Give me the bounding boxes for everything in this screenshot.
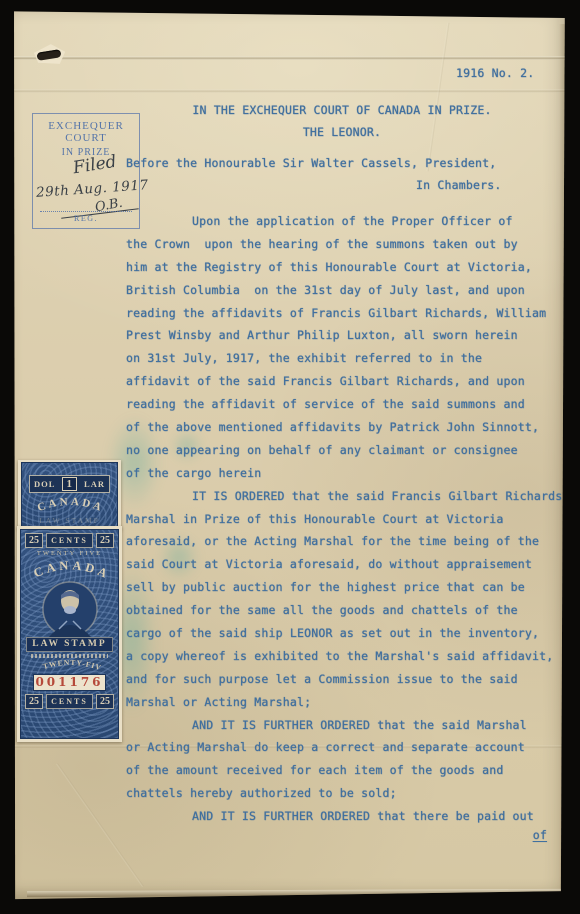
court-title: IN THE EXCHEQUER COURT OF CANADA IN PRIZ… bbox=[119, 100, 565, 120]
typed-line: Prest Winsby and Arthur Philip Luxton, a… bbox=[126, 324, 570, 347]
canada-arc: CANADA bbox=[27, 493, 113, 515]
typed-line: obtained for the same all the goods and … bbox=[126, 599, 570, 622]
typed-line: AND IT IS FURTHER ORDERED that there be … bbox=[126, 805, 570, 828]
typed-line: cargo of the said ship LEONOR as set out… bbox=[126, 622, 570, 645]
typed-line: British Columbia on the 31st day of July… bbox=[126, 279, 570, 302]
stamp-serial-number: 001176 bbox=[33, 674, 106, 691]
typed-line: Marshal in Prize of this Honourable Cour… bbox=[126, 508, 570, 531]
value-right: 25 bbox=[96, 533, 114, 548]
bottom-value-band: 25 CENTS 25 bbox=[25, 694, 114, 709]
typed-line: the Crown upon the hearing of the summon… bbox=[126, 233, 570, 256]
typed-line: Upon the application of the Proper Offic… bbox=[126, 210, 570, 233]
value-right: 25 bbox=[96, 694, 114, 709]
revenue-stamp-25c: 25 CENTS 25 TWENTY FIVE CANADA bbox=[17, 526, 122, 742]
top-value-band: 25 CENTS 25 bbox=[25, 533, 114, 548]
value-left: 25 bbox=[25, 533, 43, 548]
typed-line: Marshal or Acting Marshal; bbox=[126, 691, 570, 714]
ghost-law-stamp: LAW STAMP bbox=[22, 516, 117, 525]
filing-stamp-box: EXCHEQUER COURT IN PRIZE Filed 29th Aug.… bbox=[32, 113, 140, 229]
typed-line: or Acting Marshal do keep a correct and … bbox=[126, 736, 570, 759]
before-line: Before the Honourable Sir Walter Cassels… bbox=[126, 156, 496, 170]
typed-line: him at the Registry of this Honourable C… bbox=[126, 256, 570, 279]
reg-label: REG. bbox=[33, 214, 139, 223]
svg-text:TWENTY-FIVE: TWENTY-FIVE bbox=[32, 658, 103, 672]
cents-label: CENTS bbox=[46, 694, 93, 709]
staple-hole bbox=[31, 43, 67, 65]
crease-line bbox=[427, 23, 450, 172]
cents-label: CENTS bbox=[46, 533, 93, 548]
docket-number: 1916 No. 2. bbox=[456, 66, 534, 80]
typed-line: reading the affidavits of Francis Gilbar… bbox=[126, 302, 570, 325]
typed-line: AND IT IS FURTHER ORDERED that the said … bbox=[126, 714, 570, 737]
twenty-five-word: TWENTY FIVE bbox=[21, 550, 118, 557]
dotted-rule bbox=[40, 211, 132, 212]
svg-text:CANADA: CANADA bbox=[35, 496, 105, 515]
value-left: 25 bbox=[25, 694, 43, 709]
document-page: 1916 No. 2. IN THE EXCHEQUER COURT OF CA… bbox=[9, 10, 567, 900]
twenty-five-curved: TWENTY-FIVE bbox=[32, 658, 108, 673]
typed-line: aforesaid, or the Acting Marshal for the… bbox=[126, 530, 570, 553]
scanned-photo: 1916 No. 2. IN THE EXCHEQUER COURT OF CA… bbox=[0, 0, 580, 914]
typed-line: of the above mentioned affidavits by Pat… bbox=[126, 416, 570, 439]
stamp-engraving: 25 CENTS 25 TWENTY FIVE CANADA bbox=[20, 529, 119, 739]
filing-stamp-court: EXCHEQUER COURT bbox=[33, 120, 139, 144]
case-title: THE LEONOR. bbox=[119, 122, 565, 142]
chambers-line: In Chambers. bbox=[416, 178, 501, 192]
king-portrait-icon bbox=[37, 581, 103, 637]
page-bottom-edge bbox=[27, 889, 561, 897]
typed-line: IT IS ORDERED that the said Francis Gilb… bbox=[126, 485, 570, 508]
law-stamp-band: LAW STAMP bbox=[26, 637, 113, 652]
handwriting-date: 29th Aug. 1917 bbox=[36, 177, 149, 201]
typed-line: a copy whereof is exhibited to the Marsh… bbox=[126, 645, 570, 668]
tablet-value: 1 bbox=[62, 477, 77, 491]
crease-line bbox=[9, 89, 567, 93]
body-lines: Upon the application of the Proper Offic… bbox=[126, 210, 570, 828]
typed-line: of the cargo herein bbox=[126, 462, 570, 485]
typed-line: said Court at Victoria aforesaid, do wit… bbox=[126, 553, 570, 576]
typed-line: on 31st July, 1917, the exhibit referred… bbox=[126, 347, 570, 370]
svg-text:CANADA: CANADA bbox=[31, 558, 112, 581]
dollar-value-tablet: DOL 1 LAR bbox=[29, 475, 110, 493]
typed-line: reading the affidavit of service of the … bbox=[126, 393, 570, 416]
stamp-engraving: DOL 1 LAR CANADA LAW STAMP bbox=[21, 462, 118, 530]
canada-arc: CANADA bbox=[26, 557, 114, 581]
typed-line: affidavit of the said Francis Gilbart Ri… bbox=[126, 370, 570, 393]
catchword: of bbox=[499, 828, 547, 842]
revenue-stamp-dollar: DOL 1 LAR CANADA LAW STAMP bbox=[18, 460, 121, 530]
typed-line: and for such purpose let a Commission is… bbox=[126, 668, 570, 691]
crease-line bbox=[9, 56, 567, 60]
typed-line: sell by public auction for the highest p… bbox=[126, 576, 570, 599]
typed-line: chattels hereby authorized to be sold; bbox=[126, 782, 570, 805]
tablet-left: DOL bbox=[34, 479, 55, 489]
typed-line: of the amount received for each item of … bbox=[126, 759, 570, 782]
tablet-right: LAR bbox=[84, 479, 105, 489]
typed-line: no one appearing on behalf of any claima… bbox=[126, 439, 570, 462]
